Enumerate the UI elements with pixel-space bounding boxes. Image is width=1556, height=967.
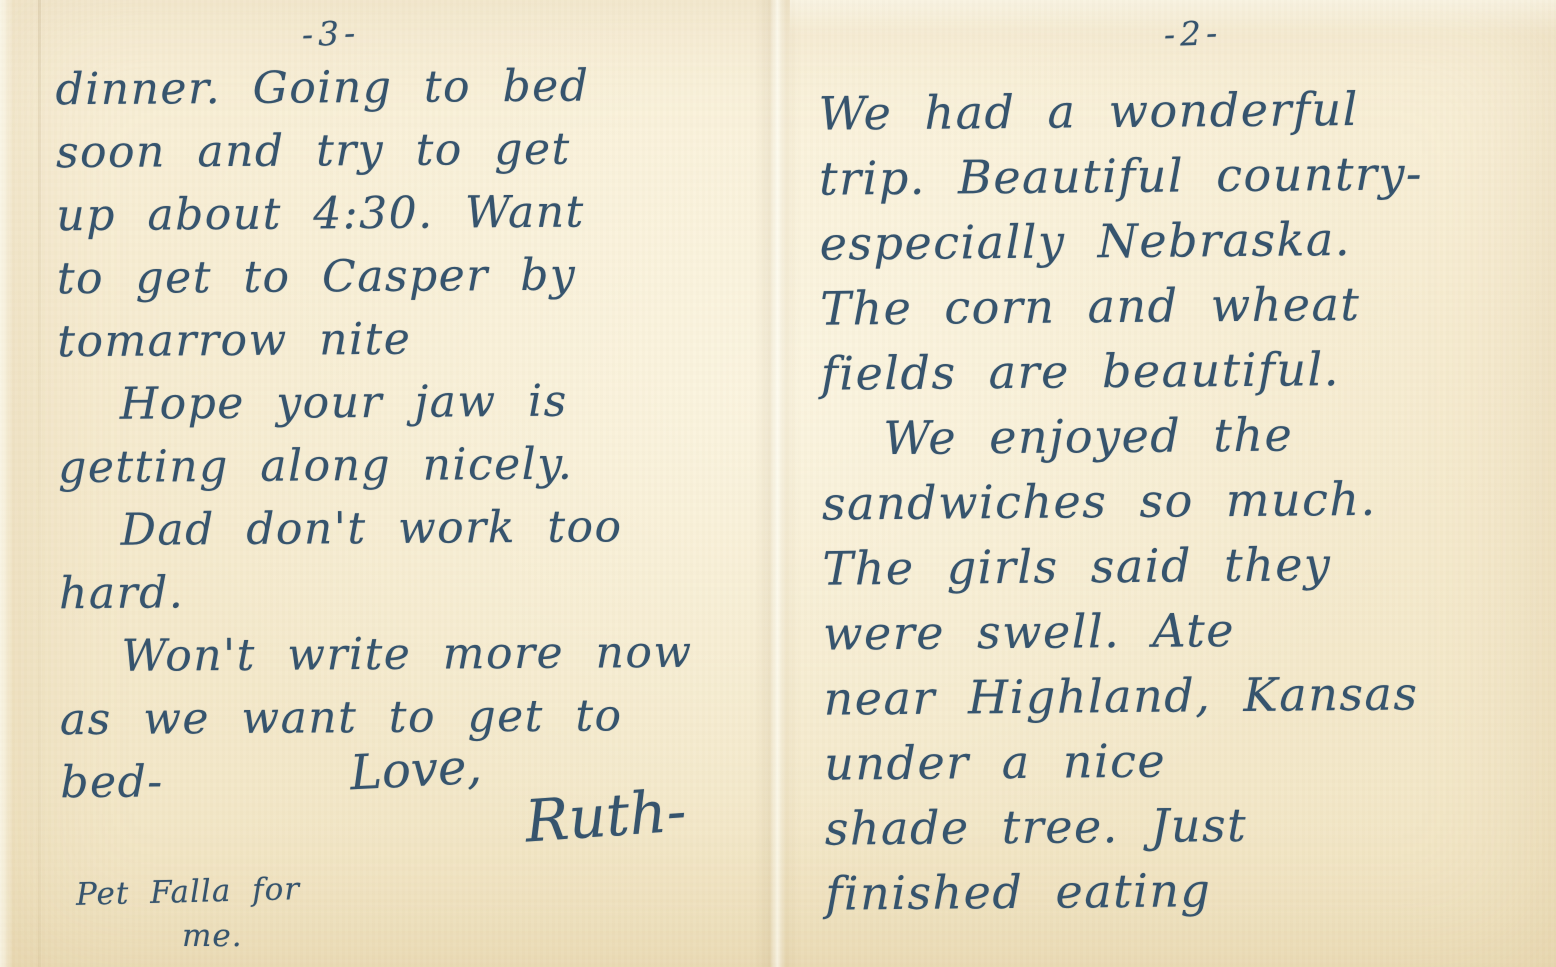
handwritten-line: near Highland, Kansas — [823, 666, 1427, 736]
handwritten-line: soon and try to get — [56, 123, 690, 190]
handwritten-line: We had a wonderful — [818, 81, 1422, 151]
handwritten-line: tomarrow nite — [57, 312, 691, 379]
closing-word: Love, — [349, 739, 483, 802]
page-number: -2- — [804, 0, 1556, 66]
handwritten-line: were swell. Ate — [823, 601, 1427, 671]
handwritten-line: Won't write more now — [59, 627, 693, 694]
handwritten-line: dinner. Going to bed — [55, 60, 689, 127]
handwritten-line: to get to Casper by — [57, 249, 691, 316]
handwritten-line: finished eating — [825, 861, 1429, 931]
right-page-text: We had a wonderful trip. Beautiful count… — [818, 81, 1429, 931]
handwritten-line: The corn and wheat — [820, 276, 1424, 346]
handwritten-line: Hope your jaw is — [58, 375, 692, 442]
letter-page-2: -2- We had a wonderful trip. Beautiful c… — [778, 0, 1556, 967]
left-page-text: dinner. Going to bed soon and try to get… — [55, 60, 693, 820]
handwritten-line: The girls said they — [822, 536, 1426, 606]
handwritten-line: fields are beautiful. — [821, 341, 1425, 411]
letter-page-3: -3- dinner. Going to bed soon and try to… — [0, 0, 778, 967]
postscript-line: Pet Falla for — [76, 871, 301, 913]
signature-name: Ruth- — [523, 776, 689, 855]
letter-scan: -3- dinner. Going to bed soon and try to… — [0, 0, 1556, 967]
handwritten-line: trip. Beautiful country- — [819, 146, 1423, 216]
postscript-line: me. — [182, 918, 243, 954]
handwritten-line: under a nice — [824, 731, 1428, 801]
handwritten-line: getting along nicely. — [58, 438, 692, 505]
handwritten-line: up about 4:30. Want — [56, 186, 690, 253]
handwritten-line: especially Nebraska. — [819, 211, 1423, 281]
handwritten-line: We enjoyed the — [821, 406, 1425, 476]
page-number: -3- — [0, 0, 720, 66]
handwritten-line: sandwiches so much. — [822, 471, 1426, 541]
handwritten-line: shade tree. Just — [825, 796, 1429, 866]
handwritten-line: hard. — [59, 564, 693, 631]
handwritten-line: Dad don't work too — [58, 501, 692, 568]
